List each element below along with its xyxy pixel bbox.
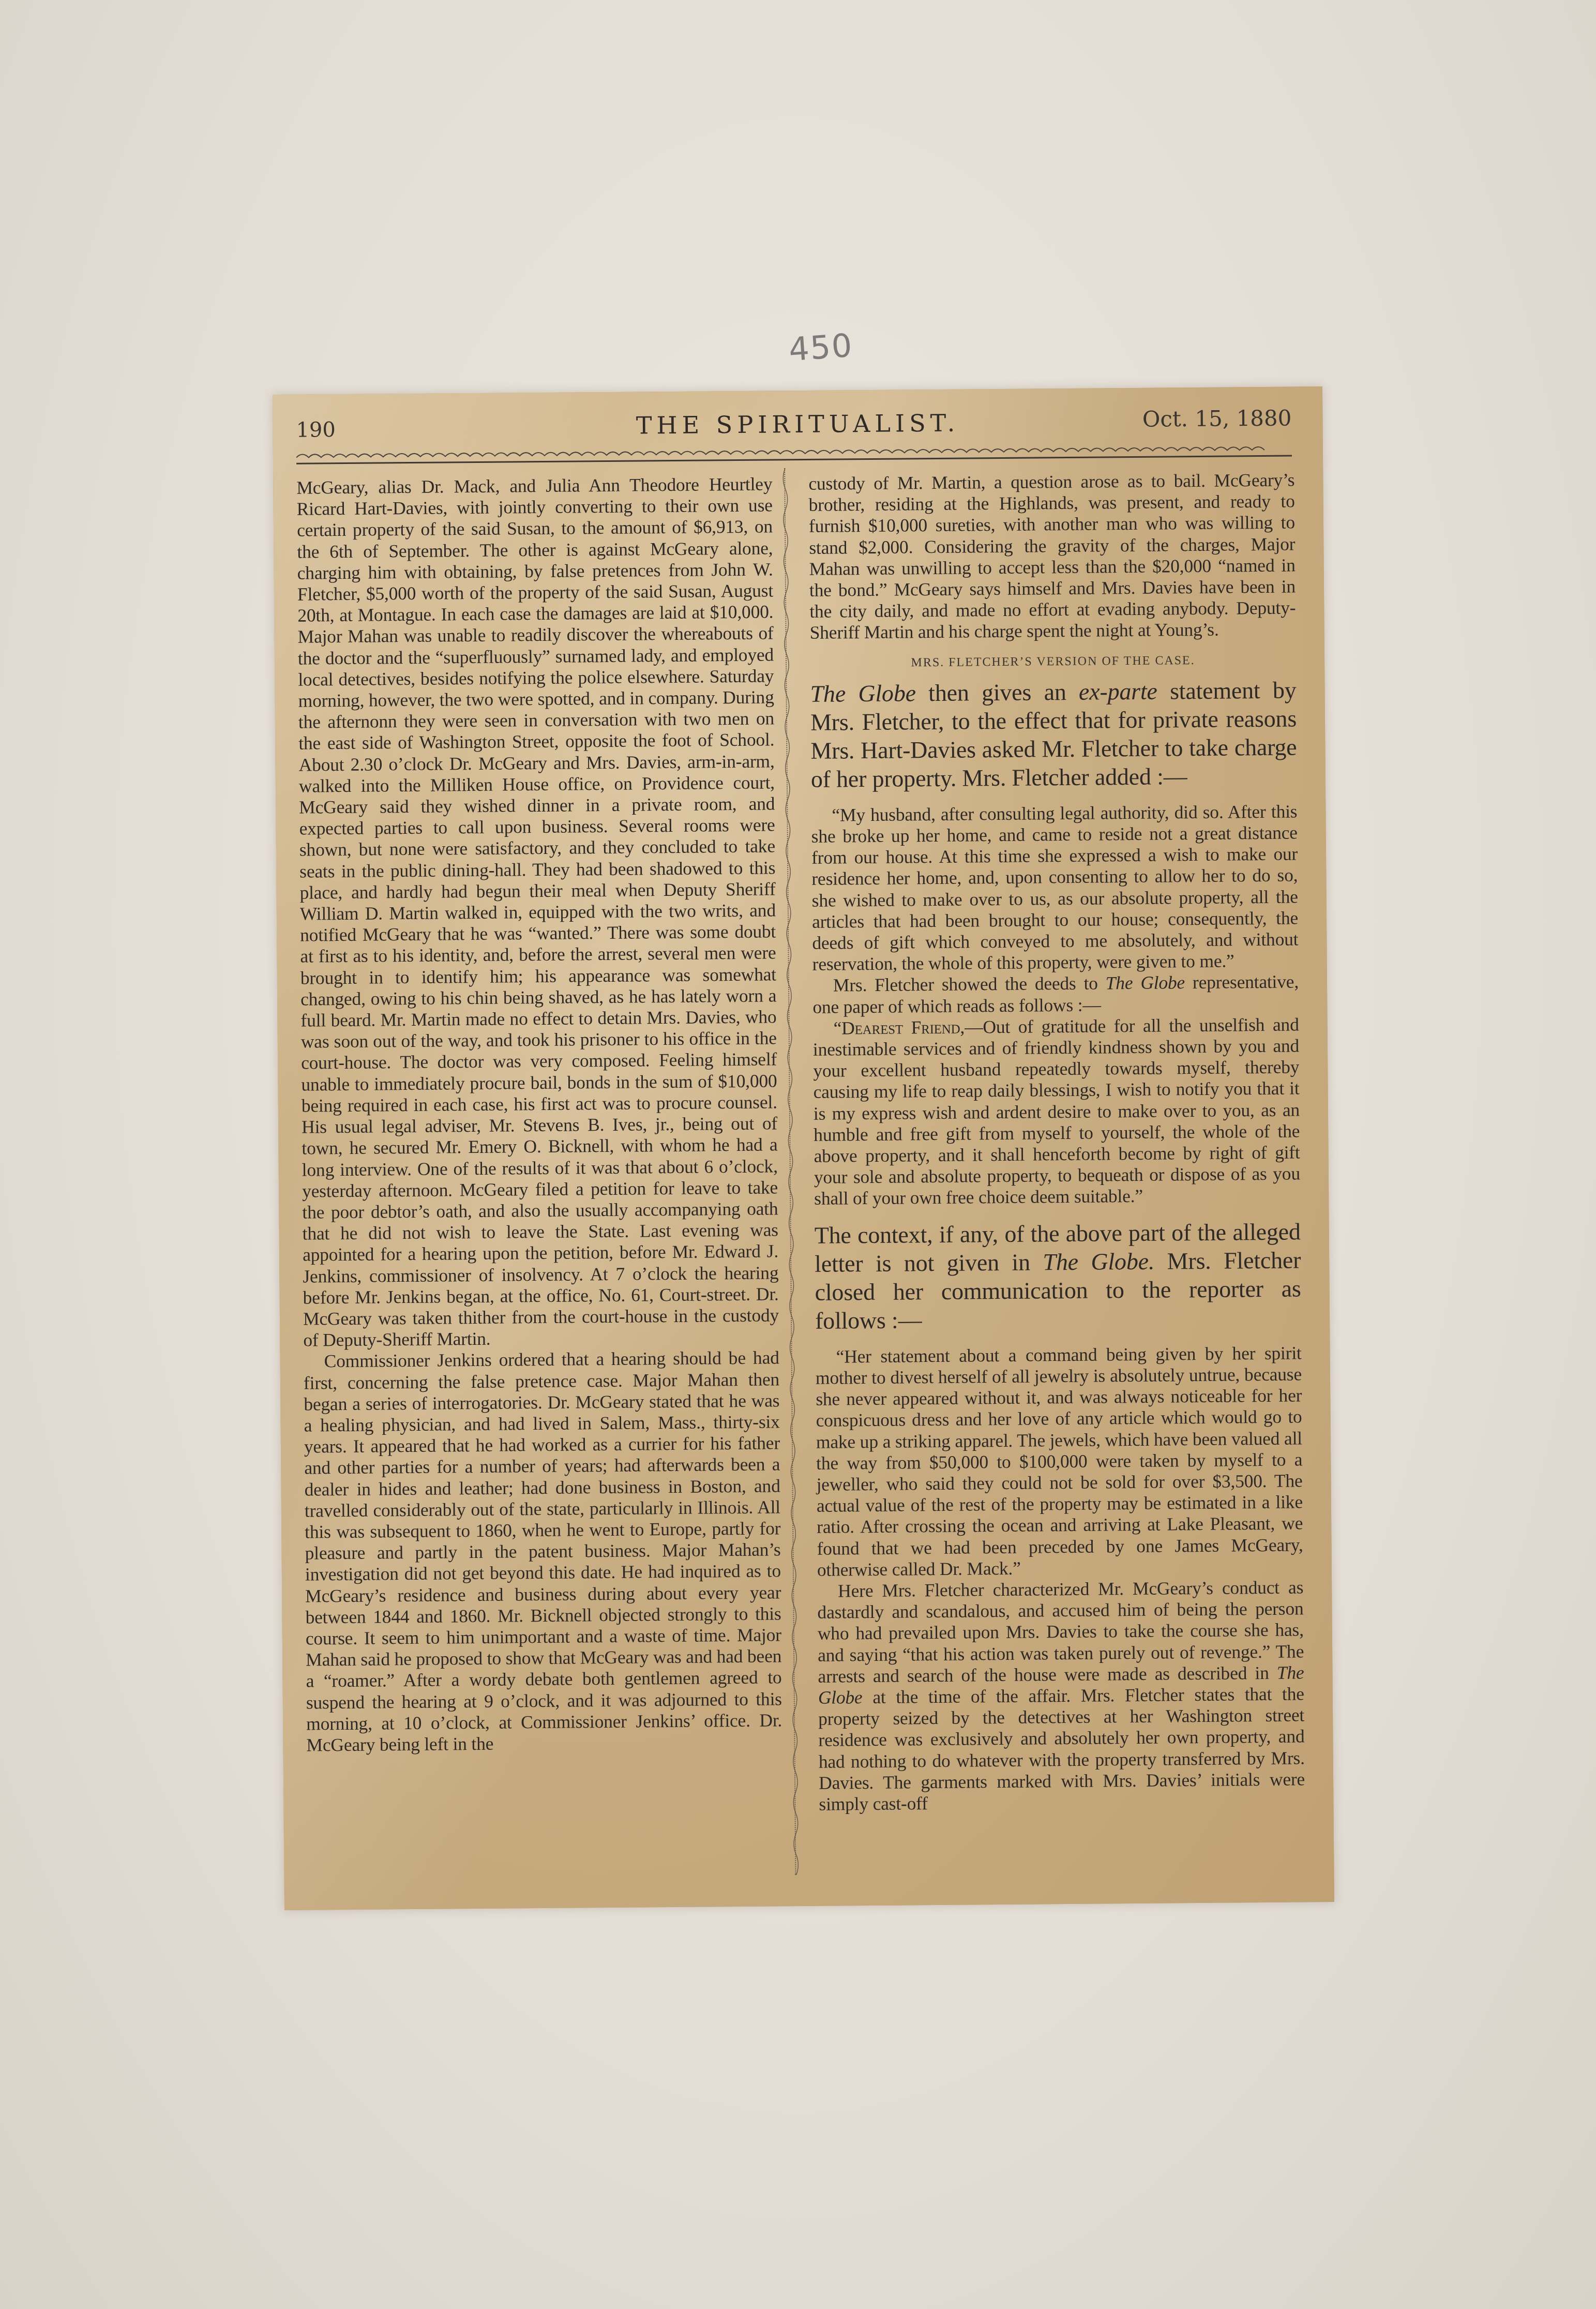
quoted-statement: “My husband, after consulting legal auth… xyxy=(811,801,1299,975)
article-paragraph: Here Mrs. Fletcher characterized Mr. McG… xyxy=(817,1577,1305,1815)
left-column: McGeary, alias Dr. Mack, and Julia Ann T… xyxy=(296,473,782,1756)
newspaper-clipping: 190 THE SPIRITUALIST. Oct. 15, 1880 McGe… xyxy=(273,386,1334,1910)
issue-date: Oct. 15, 1880 xyxy=(1142,406,1292,432)
quoted-statement: “Her statement about a command being giv… xyxy=(815,1342,1303,1581)
right-column: custody of Mr. Martin, a question arose … xyxy=(808,469,1305,1815)
lead-paragraph: The context, if any, of the above part o… xyxy=(815,1217,1302,1335)
article-paragraph: Mrs. Fletcher showed the deeds to The Gl… xyxy=(812,971,1299,1018)
article-paragraph: custody of Mr. Martin, a question arose … xyxy=(808,469,1296,643)
publication-name: The Globe xyxy=(810,680,916,707)
masthead: 190 THE SPIRITUALIST. Oct. 15, 1880 xyxy=(273,386,1323,452)
letter-salutation: “Dearest Friend, xyxy=(833,1016,965,1038)
pencil-page-number: 450 xyxy=(788,326,854,368)
article-paragraph: McGeary, alias Dr. Mack, and Julia Ann T… xyxy=(296,473,779,1351)
article-paragraph: Commissioner Jenkins ordered that a hear… xyxy=(304,1347,782,1756)
section-subheading: MRS. FLETCHER’S VERSION OF THE CASE. xyxy=(810,649,1296,674)
lead-paragraph: The Globe then gives an ex-parte stateme… xyxy=(810,676,1297,793)
column-divider xyxy=(784,468,809,1875)
quoted-letter: “Dearest Friend,—Out of gratitude for al… xyxy=(812,1014,1300,1209)
